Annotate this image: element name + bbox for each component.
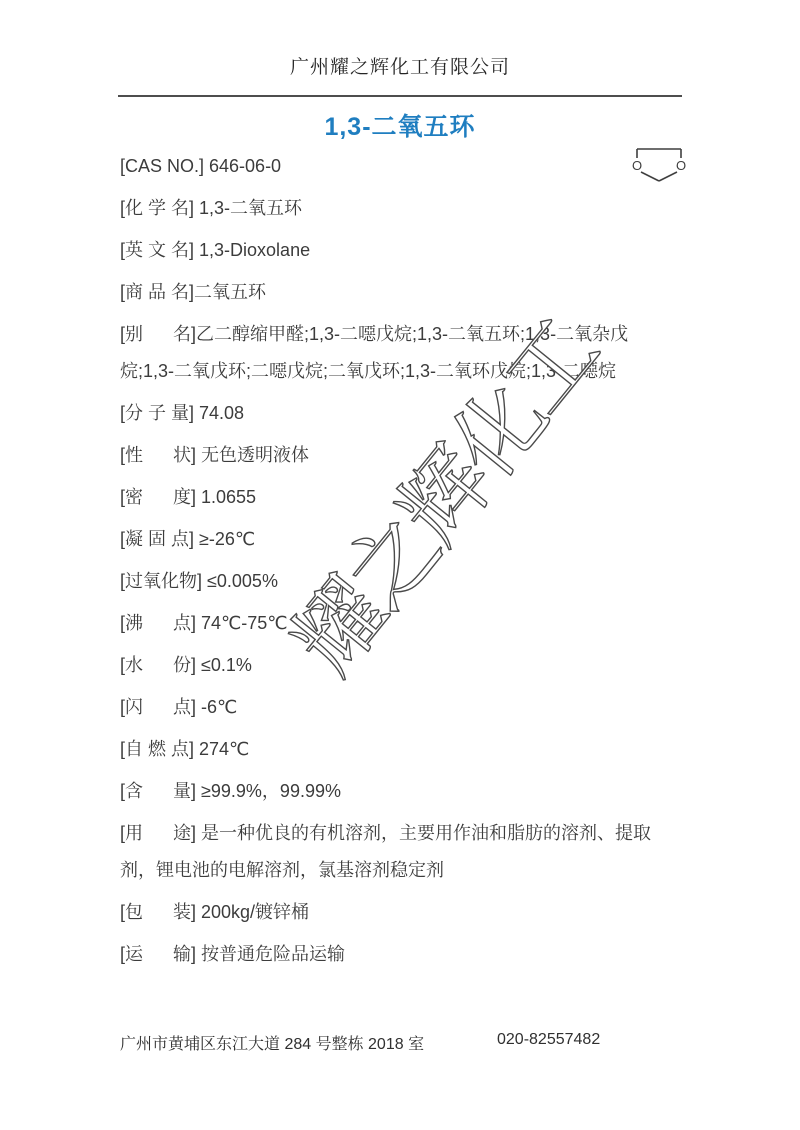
property-value: 1,3-二氧五环 <box>194 198 302 218</box>
property-row-chemical-name: [化 学 名] 1,3-二氧五环 <box>120 190 682 227</box>
property-row-usage: [用 途] 是一种优良的有机溶剂，主要用作油和脂肪的溶剂、提取剂，锂电池的电解溶… <box>120 815 682 889</box>
property-label: [自 燃 点] <box>120 739 194 759</box>
property-label: [分 子 量] <box>120 403 194 423</box>
property-value: 乙二醇缩甲醛;1,3-二噁戊烷;1,3-二氧五环;1,3-二氧杂戊烷;1,3-二… <box>120 324 628 381</box>
property-label: [商 品 名] <box>120 282 194 302</box>
property-value: ≤0.1% <box>196 655 252 675</box>
property-label: [化 学 名] <box>120 198 194 218</box>
footer-address: 广州市黄埔区东江大道 284 号整栋 2018 室 <box>120 1036 424 1053</box>
property-value: 按普通危险品运输 <box>196 944 345 964</box>
document-page: 广州耀之辉化工有限公司 1,3-二氧五环 O O [CAS NO.] 646-0… <box>0 0 800 1130</box>
property-label: [运 输] <box>120 944 196 964</box>
property-value: 74.08 <box>194 403 244 423</box>
property-label: [用 途] <box>120 823 196 843</box>
property-row-autoignition-point: [自 燃 点] 274℃ <box>120 731 682 768</box>
property-value: 200kg/镀锌桶 <box>196 902 309 922</box>
property-value: 1,3-Dioxolane <box>194 240 310 260</box>
property-row-appearance: [性 状] 无色透明液体 <box>120 437 682 474</box>
property-row-peroxide: [过氧化物] ≤0.005% <box>120 563 682 600</box>
property-label: [水 份] <box>120 655 196 675</box>
property-label: [闪 点] <box>120 697 196 717</box>
property-label: [英 文 名] <box>120 240 194 260</box>
footer: 广州市黄埔区东江大道 284 号整栋 2018 室 020-82557482 <box>120 1031 682 1054</box>
property-label: [CAS NO.] <box>120 156 204 176</box>
property-label: [密 度] <box>120 487 196 507</box>
property-row-molecular-weight: [分 子 量] 74.08 <box>120 395 682 432</box>
property-value: ≥99.9%，99.99% <box>196 781 341 801</box>
property-row-trade-name: [商 品 名]二氧五环 <box>120 274 682 311</box>
footer-phone: 020-82557482 <box>497 1031 600 1049</box>
property-value: -6℃ <box>196 697 237 717</box>
company-name: 广州耀之辉化工有限公司 <box>0 0 800 79</box>
header-divider <box>118 95 682 97</box>
property-row-water-content: [水 份] ≤0.1% <box>120 647 682 684</box>
property-value: 是一种优良的有机溶剂，主要用作油和脂肪的溶剂、提取剂，锂电池的电解溶剂，氯基溶剂… <box>120 823 651 880</box>
product-title: 1,3-二氧五环 <box>120 107 680 143</box>
property-label: [沸 点] <box>120 613 196 633</box>
property-row-boiling-point: [沸 点] 74℃-75℃ <box>120 605 682 642</box>
property-value: 274℃ <box>194 739 249 759</box>
property-value: 1.0655 <box>196 487 256 507</box>
property-row-packaging: [包 装] 200kg/镀锌桶 <box>120 894 682 931</box>
property-row-english-name: [英 文 名] 1,3-Dioxolane <box>120 232 682 269</box>
property-row-purity: [含 量] ≥99.9%，99.99% <box>120 773 682 810</box>
property-label: [性 状] <box>120 445 196 465</box>
property-row-synonyms: [别 名]乙二醇缩甲醛;1,3-二噁戊烷;1,3-二氧五环;1,3-二氧杂戊烷;… <box>120 316 682 390</box>
property-row-freezing-point: [凝 固 点] ≥-26℃ <box>120 521 682 558</box>
property-row-density: [密 度] 1.0655 <box>120 479 682 516</box>
property-value: 74℃-75℃ <box>196 613 287 633</box>
property-value: 646-06-0 <box>204 156 281 176</box>
property-label: [凝 固 点] <box>120 529 194 549</box>
property-row-cas: [CAS NO.] 646-06-0 <box>120 148 682 185</box>
property-label: [过氧化物] <box>120 571 202 591</box>
property-label: [别 名] <box>120 324 196 344</box>
property-value: 无色透明液体 <box>196 445 309 465</box>
property-value: 二氧五环 <box>194 282 266 302</box>
property-list: [CAS NO.] 646-06-0 [化 学 名] 1,3-二氧五环 [英 文… <box>120 148 682 978</box>
property-row-transport: [运 输] 按普通危险品运输 <box>120 936 682 973</box>
property-row-flash-point: [闪 点] -6℃ <box>120 689 682 726</box>
property-value: ≥-26℃ <box>194 529 255 549</box>
property-label: [含 量] <box>120 781 196 801</box>
property-value: ≤0.005% <box>202 571 278 591</box>
property-label: [包 装] <box>120 902 196 922</box>
